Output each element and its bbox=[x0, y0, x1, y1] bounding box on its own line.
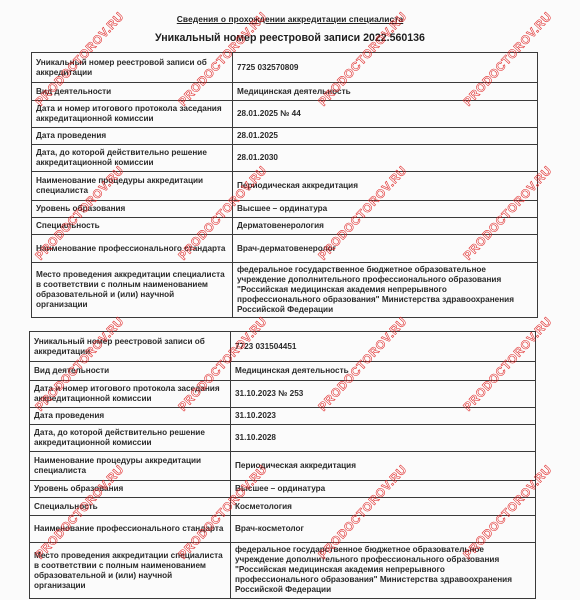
label-place: Место проведения аккредитации специалист… bbox=[32, 263, 233, 318]
value-specialty: Дерматовенерология bbox=[233, 218, 538, 235]
label-date-held: Дата проведения bbox=[30, 408, 231, 425]
table-row: Специальность Косметология bbox=[30, 498, 536, 516]
label-valid-until: Дата, до которой действительно решение а… bbox=[30, 425, 231, 452]
value-valid-until: 31.10.2028 bbox=[231, 425, 536, 452]
value-place: федеральное государственное бюджетное об… bbox=[231, 543, 536, 599]
label-procedure: Наименование процедуры аккредитации спец… bbox=[32, 172, 233, 201]
table-row: Место проведения аккредитации специалист… bbox=[32, 263, 538, 318]
table-row: Уровень образования Высшее – ординатура bbox=[30, 481, 536, 498]
label-registry-number: Уникальный номер реестровой записи об ак… bbox=[32, 53, 233, 83]
value-specialty: Косметология bbox=[231, 498, 536, 516]
table-row: Вид деятельности Медицинская деятельност… bbox=[32, 83, 538, 101]
document-subheading: Уникальный номер реестровой записи 2022.… bbox=[0, 32, 580, 44]
label-education-level: Уровень образования bbox=[30, 481, 231, 498]
table-row: Дата и номер итогового протокола заседан… bbox=[30, 381, 536, 408]
label-activity-type: Вид деятельности bbox=[32, 83, 233, 101]
table-row: Специальность Дерматовенерология bbox=[32, 218, 538, 235]
value-registry-number: 7725 032570809 bbox=[233, 53, 538, 83]
table-row: Уникальный номер реестровой записи об ак… bbox=[32, 53, 538, 83]
label-protocol: Дата и номер итогового протокола заседан… bbox=[32, 101, 233, 128]
label-education-level: Уровень образования bbox=[32, 201, 233, 218]
value-place: федеральное государственное бюджетное об… bbox=[233, 263, 538, 318]
label-registry-number: Уникальный номер реестровой записи об ак… bbox=[30, 332, 231, 362]
value-education-level: Высшее – ординатура bbox=[231, 481, 536, 498]
label-specialty: Специальность bbox=[32, 218, 233, 235]
value-activity-type: Медицинская деятельность bbox=[231, 362, 536, 381]
value-prof-standard: Врач-косметолог bbox=[231, 516, 536, 543]
label-prof-standard: Наименование профессионального стандарта bbox=[32, 235, 233, 263]
value-procedure: Периодическая аккредитация bbox=[231, 452, 536, 481]
document-heading: Сведения о прохождении аккредитации спец… bbox=[0, 14, 580, 24]
table-row: Дата и номер итогового протокола заседан… bbox=[32, 101, 538, 128]
value-registry-number: 7723 031504451 bbox=[231, 332, 536, 362]
value-prof-standard: Врач-дерматовенеролог bbox=[233, 235, 538, 263]
value-education-level: Высшее – ординатура bbox=[233, 201, 538, 218]
value-protocol: 28.01.2025 № 44 bbox=[233, 101, 538, 128]
value-date-held: 28.01.2025 bbox=[233, 128, 538, 145]
table-row: Место проведения аккредитации специалист… bbox=[30, 543, 536, 599]
table-row: Дата, до которой действительно решение а… bbox=[32, 145, 538, 172]
table-row: Дата проведения 31.10.2023 bbox=[30, 408, 536, 425]
value-protocol: 31.10.2023 № 253 bbox=[231, 381, 536, 408]
table-row: Вид деятельности Медицинская деятельност… bbox=[30, 362, 536, 381]
table-row: Наименование процедуры аккредитации спец… bbox=[32, 172, 538, 201]
table-row: Уровень образования Высшее – ординатура bbox=[32, 201, 538, 218]
table-row: Наименование процедуры аккредитации спец… bbox=[30, 452, 536, 481]
table-row: Дата проведения 28.01.2025 bbox=[32, 128, 538, 145]
label-specialty: Специальность bbox=[30, 498, 231, 516]
value-date-held: 31.10.2023 bbox=[231, 408, 536, 425]
table-row: Наименование профессионального стандарта… bbox=[30, 516, 536, 543]
value-procedure: Периодическая аккредитация bbox=[233, 172, 538, 201]
label-activity-type: Вид деятельности bbox=[30, 362, 231, 381]
label-date-held: Дата проведения bbox=[32, 128, 233, 145]
accreditation-table-1: Уникальный номер реестровой записи об ак… bbox=[31, 52, 538, 318]
label-valid-until: Дата, до которой действительно решение а… bbox=[32, 145, 233, 172]
label-procedure: Наименование процедуры аккредитации спец… bbox=[30, 452, 231, 481]
value-activity-type: Медицинская деятельность bbox=[233, 83, 538, 101]
label-prof-standard: Наименование профессионального стандарта bbox=[30, 516, 231, 543]
table-row: Дата, до которой действительно решение а… bbox=[30, 425, 536, 452]
value-valid-until: 28.01.2030 bbox=[233, 145, 538, 172]
label-protocol: Дата и номер итогового протокола заседан… bbox=[30, 381, 231, 408]
accreditation-table-2: Уникальный номер реестровой записи об ак… bbox=[29, 331, 536, 599]
label-place: Место проведения аккредитации специалист… bbox=[30, 543, 231, 599]
table-row: Уникальный номер реестровой записи об ак… bbox=[30, 332, 536, 362]
document-page: Сведения о прохождении аккредитации спец… bbox=[0, 0, 580, 600]
table-row: Наименование профессионального стандарта… bbox=[32, 235, 538, 263]
